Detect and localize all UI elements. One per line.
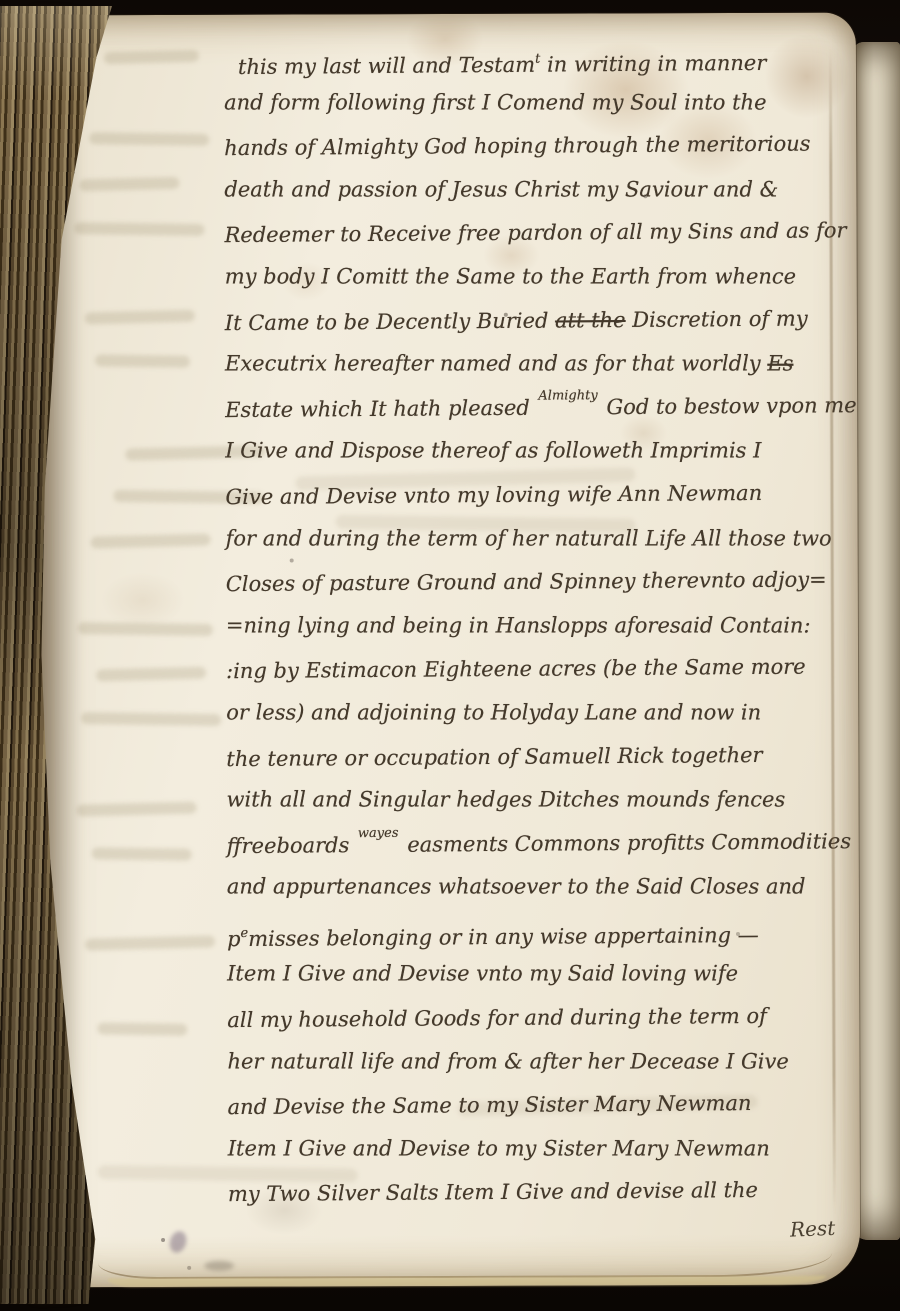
manuscript-text: this my last will and Testamt in writing… xyxy=(224,37,848,1216)
show-through-line xyxy=(97,1022,187,1035)
manuscript-line: =ning lying and being in Hanslopps afore… xyxy=(226,604,846,648)
text-segment: =ning lying and being in Hanslopps afore… xyxy=(226,613,811,637)
text-segment: the tenure or occupation of Samuell Rick… xyxy=(226,742,762,770)
text-segment: misses belonging or in any wise appertai… xyxy=(248,923,759,951)
manuscript-line: the tenure or occupation of Samuell Rick… xyxy=(226,733,846,781)
text-segment: all my household Goods for and during th… xyxy=(227,1004,767,1032)
show-through-line xyxy=(96,667,206,682)
manuscript-line: with all and Singular hedges Ditches mou… xyxy=(227,779,847,823)
manuscript-line: Closes of pasture Ground and Spinney the… xyxy=(226,558,846,606)
text-segment: and appurtenances whatsoever to the Said… xyxy=(227,875,806,899)
text-segment: death and passion of Jesus Christ my Sav… xyxy=(224,177,778,201)
photo-background: this my last will and Testamt in writing… xyxy=(0,0,900,1311)
text-segment: my Two Silver Salts Item I Give and devi… xyxy=(228,1178,758,1206)
manuscript-line: or less) and adjoining to Holyday Lane a… xyxy=(226,692,846,736)
show-through-line xyxy=(85,310,195,325)
manuscript-line: ffreeboards wayes easments Commons profi… xyxy=(227,820,847,868)
manuscript-line: Redeemer to Receive free pardon of all m… xyxy=(224,210,844,258)
text-segment: Almighty xyxy=(538,374,598,418)
manuscript-line: her naturall life and from & after her D… xyxy=(227,1040,847,1084)
text-segment: her naturall life and from & after her D… xyxy=(227,1049,788,1073)
show-through-line xyxy=(104,50,199,64)
text-segment: p xyxy=(227,927,241,951)
manuscript-line: hands of Almighty God hoping through the… xyxy=(224,122,844,170)
manuscript-page: this my last will and Testamt in writing… xyxy=(34,13,860,1288)
manuscript-line: my Two Silver Salts Item I Give and devi… xyxy=(228,1169,848,1217)
manuscript-line: Item I Give and Devise vnto my Said lovi… xyxy=(227,953,847,997)
manuscript-line: pemisses belonging or in any wise appert… xyxy=(227,907,847,955)
text-segment: I Give and Dispose thereof as followeth … xyxy=(225,439,761,463)
show-through-line xyxy=(85,935,215,950)
text-segment: my body I Comitt the Same to the Earth f… xyxy=(225,265,796,289)
text-segment: Closes of pasture Ground and Spinney the… xyxy=(226,568,827,597)
text-segment: Give and Devise vnto my loving wife Ann … xyxy=(225,481,762,509)
manuscript-line: I Give and Dispose thereof as followeth … xyxy=(225,430,845,474)
manuscript-line: and appurtenances whatsoever to the Said… xyxy=(227,866,847,910)
show-through-line xyxy=(79,177,179,192)
text-segment: hands of Almighty God hoping through the… xyxy=(224,132,810,161)
manuscript-line: for and during the term of her naturall … xyxy=(226,517,846,561)
text-segment: Item I Give and Devise vnto my Said lovi… xyxy=(227,962,738,986)
text-segment: Item I Give and Devise to my Sister Mary… xyxy=(228,1137,770,1161)
show-through-line xyxy=(76,802,196,817)
text-segment: in writing in manner xyxy=(540,51,766,77)
text-segment: ffreeboards xyxy=(227,833,356,858)
manuscript-line: this my last will and Testamt in writing… xyxy=(224,35,844,83)
text-segment: Es xyxy=(767,352,793,376)
manuscript-line: all my household Goods for and during th… xyxy=(227,994,847,1042)
text-segment: Executrix hereafter named and as for tha… xyxy=(225,352,767,376)
show-through-line xyxy=(74,222,204,236)
manuscript-line: and form following first I Comend my Sou… xyxy=(224,81,844,125)
text-segment: this my last will and Testam xyxy=(238,53,535,79)
text-segment: and form following first I Comend my Sou… xyxy=(224,90,766,114)
manuscript-line: Executrix hereafter named and as for tha… xyxy=(225,343,845,387)
text-segment: att the xyxy=(555,308,626,333)
text-segment: :ing by Estimacon Eighteene acres (be th… xyxy=(226,655,806,684)
manuscript-line: death and passion of Jesus Christ my Sav… xyxy=(224,168,844,212)
page-bottom-edge xyxy=(98,1249,832,1280)
manuscript-line: my body I Comitt the Same to the Earth f… xyxy=(225,256,845,300)
manuscript-line: It Came to be Decently Buried att the Di… xyxy=(225,297,845,345)
show-through-line xyxy=(89,132,209,146)
show-through-line xyxy=(95,354,190,367)
show-through-line xyxy=(90,533,210,548)
manuscript-line: Item I Give and Devise to my Sister Mary… xyxy=(228,1128,848,1172)
manuscript-line: :ing by Estimacon Eighteene acres (be th… xyxy=(226,646,846,694)
catchword: Rest xyxy=(790,1216,836,1242)
text-segment: It Came to be Decently Buried xyxy=(225,308,555,335)
manuscript-line: Give and Devise vnto my loving wife Ann … xyxy=(225,471,845,519)
text-segment: for and during the term of her naturall … xyxy=(226,526,832,550)
show-through-line xyxy=(78,622,213,636)
show-through-line xyxy=(92,847,192,860)
text-segment: Discretion of my xyxy=(625,306,807,331)
text-segment: with all and Singular hedges Ditches mou… xyxy=(227,788,786,812)
text-segment: easments Commons profitts Commodities xyxy=(400,829,851,857)
text-segment: and Devise the Same to my Sister Mary Ne… xyxy=(228,1091,752,1119)
text-segment: Estate which It hath pleased xyxy=(225,395,536,421)
page-bottom-band xyxy=(108,1276,826,1288)
show-through-line xyxy=(81,712,221,726)
manuscript-line: and Devise the Same to my Sister Mary Ne… xyxy=(227,1082,847,1130)
manuscript-line: Estate which It hath pleased Almighty Go… xyxy=(225,384,845,432)
text-segment: God to bestow vpon me xyxy=(600,393,857,419)
text-segment: Redeemer to Receive free pardon of all m… xyxy=(224,219,846,248)
text-segment: wayes xyxy=(358,811,399,855)
text-segment: or less) and adjoining to Holyday Lane a… xyxy=(226,701,761,725)
